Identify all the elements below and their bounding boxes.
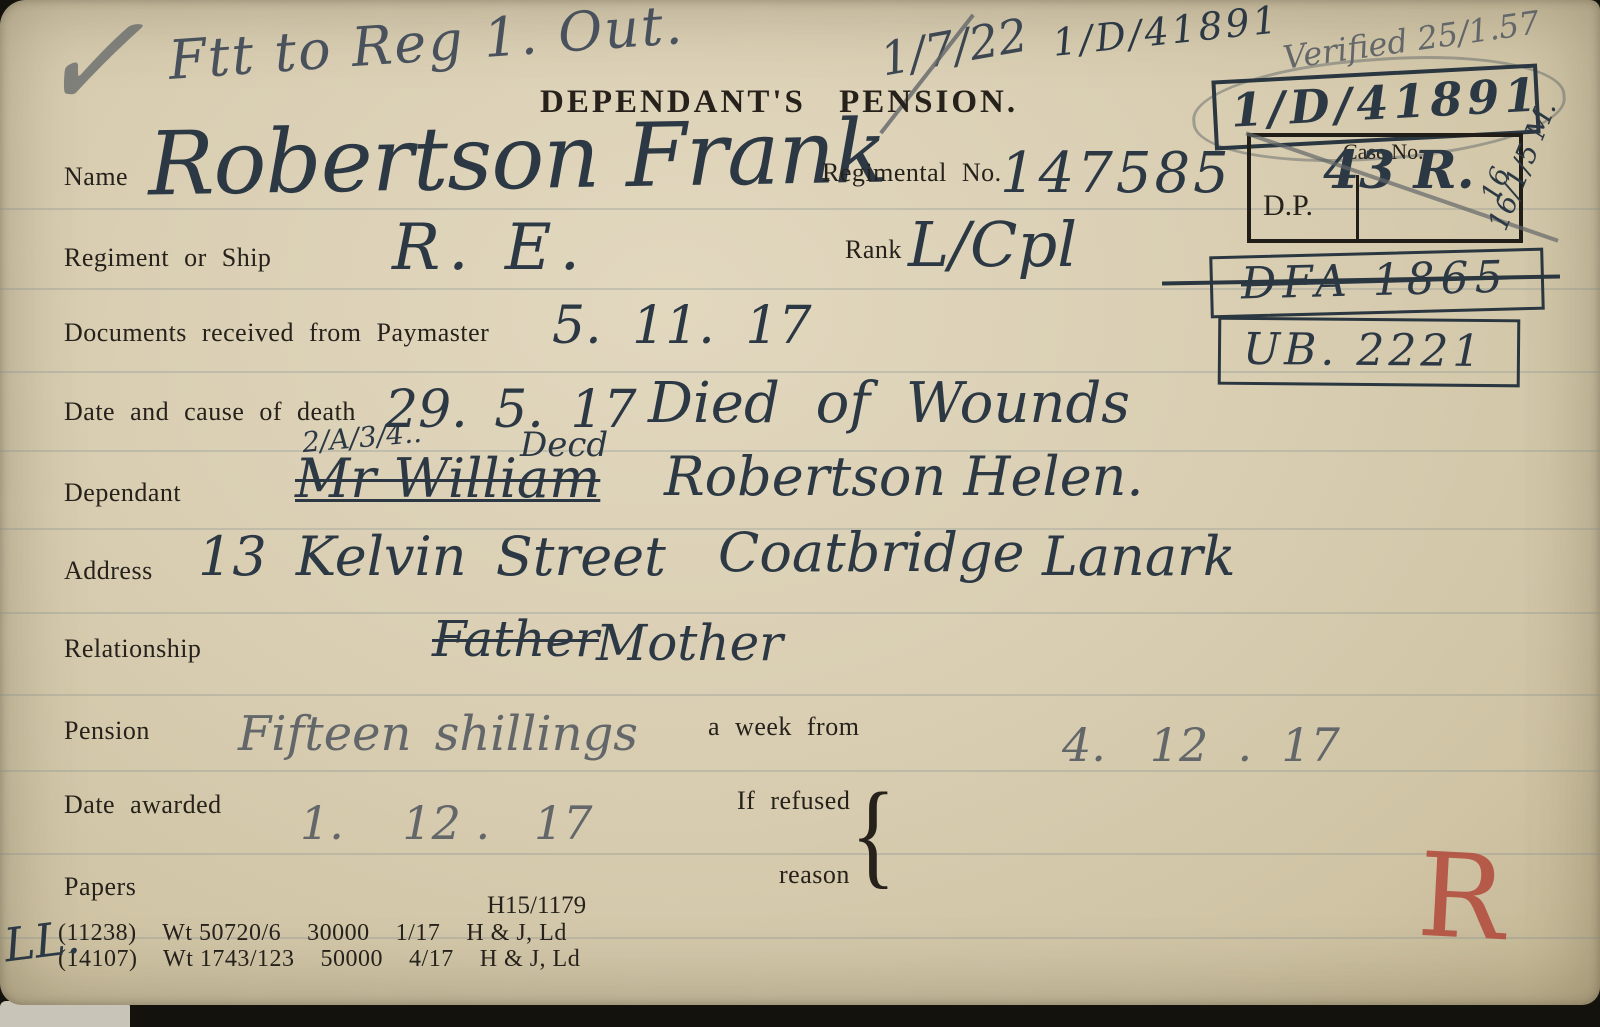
field-relationship-label: Relationship [64,634,201,664]
ruled-line [0,612,1600,614]
pension-card: ✓ Ftt to Reg 1. Out. 1/7/22 1/D/41891 Ve… [0,0,1600,1005]
ub-stamp-frame: UB. 2221 [1218,317,1521,388]
field-regimental-value: 147585 [1000,146,1232,202]
field-rank-label: Rank [845,235,902,265]
case-number-value: 43 R. [1323,145,1475,197]
field-pension-value: Fifteen shillings [238,710,638,758]
reference-note: 1/D/41891 [1051,0,1282,62]
refused-brace: { [851,766,896,902]
reason-label: reason [779,860,850,890]
field-documents-value: 5. 11. 17 [552,300,812,352]
field-regimental-label: Regimental No. [822,158,1002,188]
if-refused-label: If refused [737,786,850,816]
decd-annotation: Decd [520,428,608,462]
field-death-label: Date and cause of death [64,397,356,427]
field-pension-label: Pension [64,716,150,746]
field-name-value: Robertson Frank [147,108,887,209]
field-relationship-value: Mother [596,618,783,668]
footer-ref: H15/1179 [487,892,586,920]
ub-stamp: UB. 2221 [1243,328,1485,374]
field-regiment-value: R. E. [392,216,588,280]
check-mark: ✓ [33,0,148,139]
field-death-cause: Died of Wounds [648,376,1130,432]
week-from-label: a week from [708,712,859,742]
field-date-awarded-label: Date awarded [64,790,222,820]
field-dependant-label: Dependant [64,478,181,508]
week-from-value: 4. 12 . 17 [1062,722,1340,768]
filed-note: Ftt to Reg 1. Out. [167,0,686,88]
field-regiment-label: Regiment or Ship [64,243,271,273]
field-name-label: Name [64,162,128,192]
footer-print-line-1: (11238) Wt 50720/6 30000 1/17 H & J, Ld [58,920,567,947]
address-county: Lanark [1042,530,1236,584]
ruled-line [0,770,1600,772]
field-rank-value: L/Cpl [908,214,1077,276]
ruled-line [0,694,1600,696]
ruled-line [0,853,1600,855]
red-crayon-mark: R [1415,838,1508,958]
field-address-label: Address [64,556,153,586]
relationship-crossed: Father [432,614,599,664]
field-documents-label: Documents received from Paymaster [64,318,489,348]
address-street: 13 Kelvin Street [198,530,666,584]
field-dependant-value: Robertson Helen. [664,450,1144,504]
case-number-box: Case No. D.P. 43 R. 16 [1247,133,1523,243]
address-town: Coatbridge [718,526,1024,580]
date-note: 1/7/22 [877,11,1031,82]
footer-print-line-2: (14107) Wt 1743/123 50000 4/17 H & J, Ld [58,946,580,973]
field-papers-label: Papers [64,872,136,902]
field-date-awarded-value: 1. 12 . 17 [300,800,593,846]
footer-initials: LL. [1,914,82,969]
boxed-reference: 1/D/41891 [1230,71,1543,133]
case-dp-label: D.P. [1263,189,1313,223]
